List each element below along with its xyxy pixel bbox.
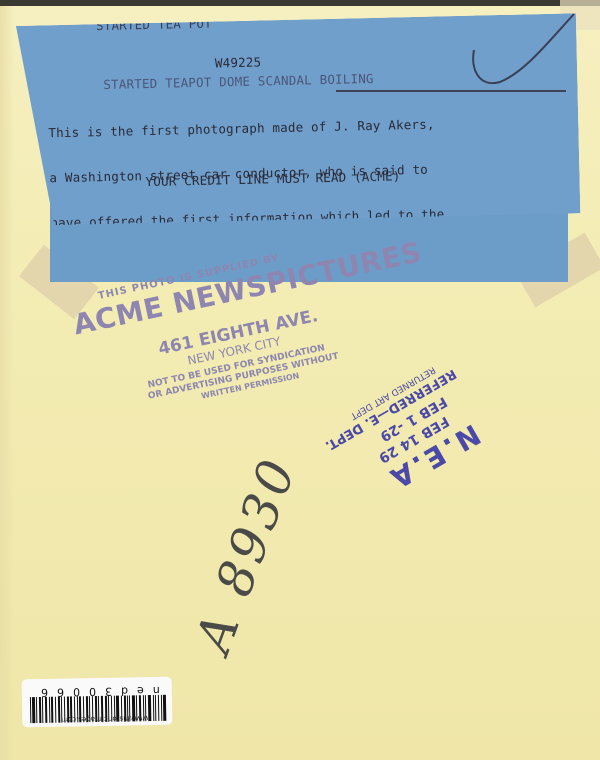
slip-line: This is the first photograph made of J. … [48,116,465,140]
barcode-url: www.historicimages.com [61,714,148,724]
checkmark-icon [470,10,580,90]
barcode-label: ned30066 www.historicimages.com [22,677,173,728]
slip-id: W49225 [215,54,262,70]
top-border [0,0,600,6]
pen-underline [336,90,566,92]
paper-edge [0,0,14,760]
